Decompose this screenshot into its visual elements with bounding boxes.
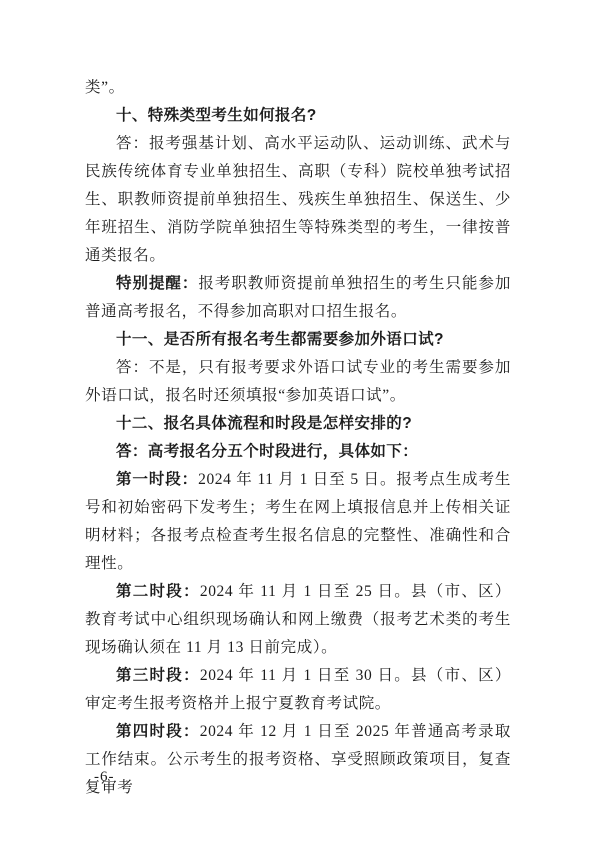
paragraph: 答：不是，只有报考要求外语口试专业的考生需要参加外语口试，报名时还须填报“参加英… [85,354,511,410]
section-heading: 十一、是否所有报名考生都需要参加外语口试? [85,326,511,354]
paragraph-lead: 十二、报名具体流程和时段是怎样安排的? [116,415,412,432]
paragraph: 第三时段：2024 年 11 月 1 日至 30 日。县（市、区）审定考生报考资… [85,662,511,718]
paragraph-lead: 第三时段： [116,667,200,684]
paragraph-lead: 特别提醒： [116,275,198,292]
section-heading: 十、特殊类型考生如何报名? [85,102,511,130]
paragraph-lead: 第二时段： [116,583,200,600]
paragraph-lead: 第一时段： [116,471,198,488]
paragraph-text: 类”。 [85,79,125,96]
paragraph-lead: 十一、是否所有报名考生都需要参加外语口试? [116,331,444,348]
paragraph: 答：报考强基计划、高水平运动队、运动训练、武术与民族传统体育专业单独招生、高职（… [85,130,511,270]
section-heading: 答：高考报名分五个时段进行，具体如下： [85,438,511,466]
section-heading: 十二、报名具体流程和时段是怎样安排的? [85,410,511,438]
page-number: -6- [94,769,115,786]
paragraph: 特别提醒：报考职教师资提前单独招生的考生只能参加普通高考报名，不得参加高职对口招… [85,270,511,326]
paragraph: 第二时段：2024 年 11 月 1 日至 25 日。县（市、区）教育考试中心组… [85,578,511,662]
paragraph-lead: 十、特殊类型考生如何报名? [116,107,317,124]
paragraph: 类”。 [85,74,511,102]
paragraph-lead: 答：高考报名分五个时段进行，具体如下： [116,443,418,460]
paragraph-text: 答：不是，只有报考要求外语口试专业的考生需要参加外语口试，报名时还须填报“参加英… [85,359,511,404]
paragraph-lead: 第四时段： [116,723,200,740]
document-body: 类”。十、特殊类型考生如何报名?答：报考强基计划、高水平运动队、运动训练、武术与… [85,74,511,802]
paragraph: 第四时段：2024 年 12 月 1 日至 2025 年普通高考录取工作结束。公… [85,718,511,802]
document-page: 类”。十、特殊类型考生如何报名?答：报考强基计划、高水平运动队、运动训练、武术与… [0,0,595,842]
paragraph: 第一时段：2024 年 11 月 1 日至 5 日。报考点生成考生号和初始密码下… [85,466,511,578]
paragraph-text: 答：报考强基计划、高水平运动队、运动训练、武术与民族传统体育专业单独招生、高职（… [85,135,511,264]
